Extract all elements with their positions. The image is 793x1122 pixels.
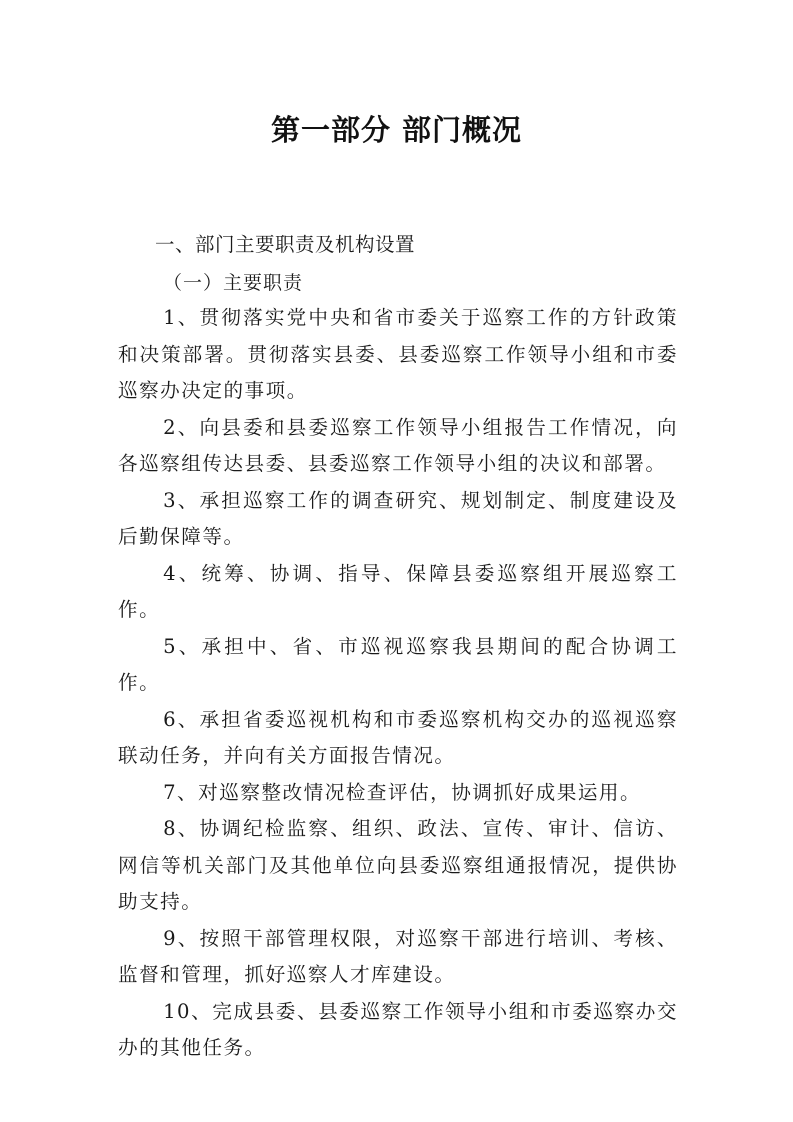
duty-paragraph-10: 10、完成县委、县委巡察工作领导小组和市委巡察办交办的其他任务。 — [118, 994, 678, 1067]
duty-paragraph-7: 7、对巡察整改情况检查评估，协调抓好成果运用。 — [118, 775, 678, 812]
duty-paragraph-6: 6、承担省委巡视机构和市委巡察机构交办的巡视巡察联动任务，并向有关方面报告情况。 — [118, 702, 678, 775]
duty-paragraph-2: 2、向县委和县委巡察工作领导小组报告工作情况，向各巡察组传达县委、县委巡察工作领… — [118, 410, 678, 483]
section-heading: 一、部门主要职责及机构设置 — [155, 229, 415, 257]
duty-paragraph-9: 9、按照干部管理权限，对巡察干部进行培训、考核、监督和管理，抓好巡察人才库建设。 — [118, 921, 678, 994]
page-title: 第一部分 部门概况 — [0, 108, 793, 149]
duty-paragraph-3: 3、承担巡察工作的调查研究、规划制定、制度建设及后勤保障等。 — [118, 483, 678, 556]
document-page: 第一部分 部门概况 一、部门主要职责及机构设置 （一）主要职责 1、贯彻落实党中… — [0, 0, 793, 1122]
duties-list: 1、贯彻落实党中央和省市委关于巡察工作的方针政策和决策部署。贯彻落实县委、县委巡… — [118, 300, 678, 1067]
subsection-heading: （一）主要职责 — [163, 268, 303, 295]
duty-paragraph-5: 5、承担中、省、市巡视巡察我县期间的配合协调工作。 — [118, 629, 678, 702]
duty-paragraph-1: 1、贯彻落实党中央和省市委关于巡察工作的方针政策和决策部署。贯彻落实县委、县委巡… — [118, 300, 678, 410]
duty-paragraph-8: 8、协调纪检监察、组织、政法、宣传、审计、信访、网信等机关部门及其他单位向县委巡… — [118, 811, 678, 921]
duty-paragraph-4: 4、统筹、协调、指导、保障县委巡察组开展巡察工作。 — [118, 556, 678, 629]
